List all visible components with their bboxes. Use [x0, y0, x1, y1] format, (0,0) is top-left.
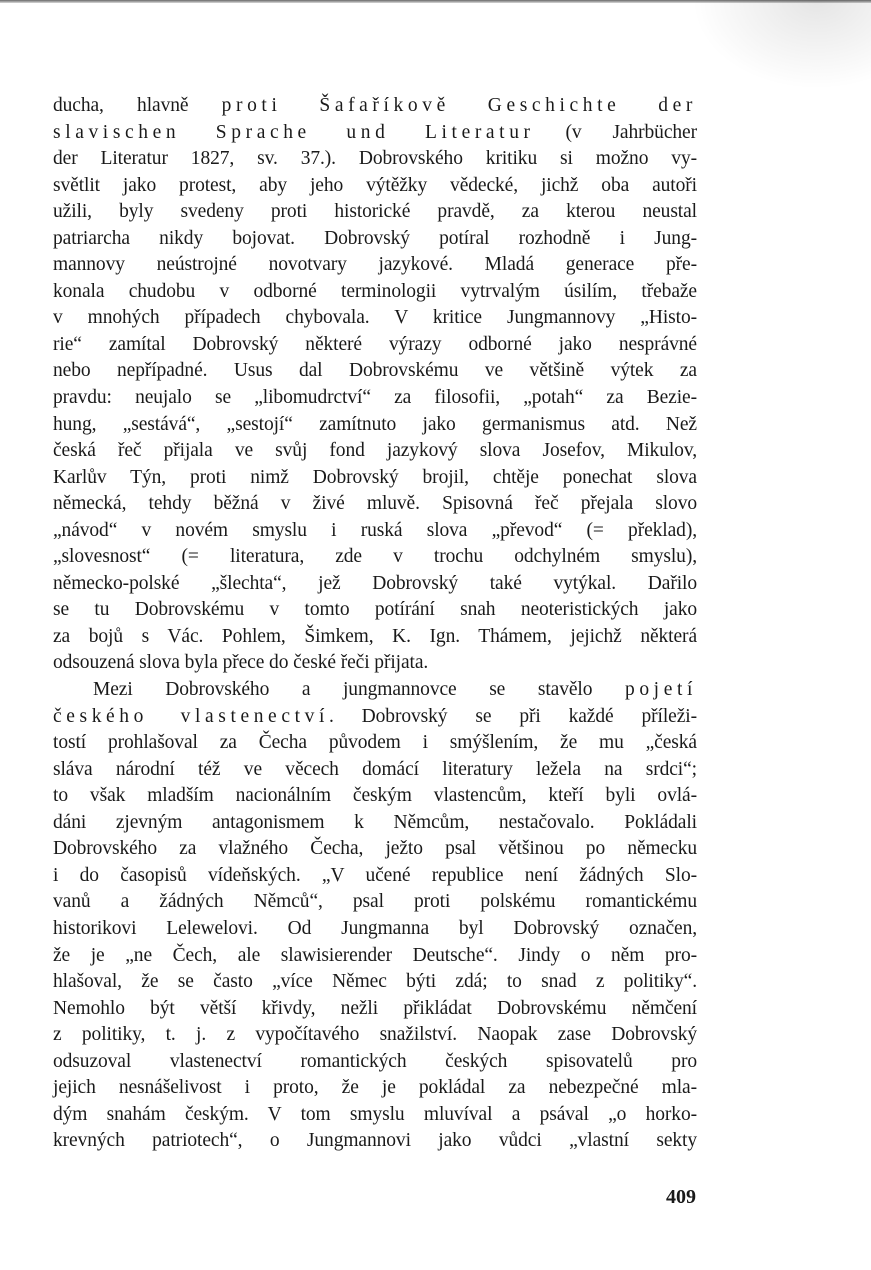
text-line: to však mladším nacionálním českým vlast… [53, 783, 697, 810]
text-run: jejich nesnášelivost i proto, že je pokl… [53, 1077, 697, 1098]
text-run: v mnohých případech chybovala. V kritice… [53, 307, 697, 328]
text-line: světlit jako protest, aby jeho výtěžky v… [53, 173, 697, 200]
text-run: konala chudobu v odborné terminologii vy… [53, 281, 697, 302]
text-run: Mezi Dobrovského a jungmannovce se stavě… [93, 679, 625, 700]
text-line: hlašoval, že se často „více Němec býti z… [53, 969, 697, 996]
spaced-emphasis: pojetí [625, 679, 697, 700]
text-run: německá, tehdy běžná v živé mluvě. Spiso… [53, 493, 697, 514]
text-run: rie“ zamítal Dobrovský některé výrazy od… [53, 334, 697, 355]
text-run: . Dobrovský se při každé příleži- [329, 706, 697, 727]
text-run: sláva národní též ve věcech domácí liter… [53, 759, 697, 780]
text-line: odsuzoval vlastenectví romantických česk… [53, 1049, 697, 1076]
text-run: „slovesnost“ (= literatura, zde v trochu… [53, 546, 697, 567]
scan-shadow [691, 0, 871, 90]
text-line: historikovi Lelewelovi. Od Jungmanna byl… [53, 916, 697, 943]
body-text: ducha, hlavně proti Šafaříkově Geschicht… [53, 93, 697, 1155]
text-run: ducha, hlavně [53, 95, 222, 116]
text-run: za bojů s Vác. Pohlem, Šimkem, K. Ign. T… [53, 626, 697, 647]
text-run: i do časopisů vídeňských. „V učené repub… [53, 865, 697, 886]
text-line: německo-polské „šlechta“, jež Dobrovský … [53, 571, 697, 598]
text-line: česká řeč přijala ve svůj fond jazykový … [53, 438, 697, 465]
text-run: odsouzená slova byla přece do české řeči… [53, 652, 428, 673]
text-line: krevných patriotech“, o Jungmannovi jako… [53, 1128, 697, 1155]
text-line: konala chudobu v odborné terminologii vy… [53, 279, 697, 306]
text-run: že je „ne Čech, ale slawisierender Deuts… [53, 945, 697, 966]
text-run: tostí prohlašoval za Čecha původem i smý… [53, 732, 697, 753]
spaced-emphasis: českého vlastenectví [53, 706, 329, 727]
text-line: odsouzená slova byla přece do české řeči… [53, 650, 697, 677]
text-line: slavischen Sprache und Literatur (v Jahr… [53, 120, 697, 147]
text-line: dým snahám českým. V tom smyslu mluvíval… [53, 1102, 697, 1129]
text-line: se tu Dobrovskému v tomto potírání snah … [53, 597, 697, 624]
text-run: dáni zjevným antagonismem k Němcům, nest… [53, 812, 697, 833]
page-number: 409 [660, 1186, 696, 1209]
text-run: hung, „sestává“, „sestojí“ zamítnuto jak… [53, 414, 697, 435]
text-run: mannovy neústrojné novotvary jazykové. M… [53, 254, 697, 275]
text-line: českého vlastenectví. Dobrovský se při k… [53, 704, 697, 731]
text-run: užili, byly svedeny proti historické pra… [53, 201, 697, 222]
text-run: odsuzoval vlastenectví romantických česk… [53, 1051, 697, 1072]
text-line: dáni zjevným antagonismem k Němcům, nest… [53, 810, 697, 837]
text-line: jejich nesnášelivost i proto, že je pokl… [53, 1075, 697, 1102]
text-line: vanů a žádných Němců“, psal proti polské… [53, 889, 697, 916]
text-run: „návod“ v novém smyslu i ruská slova „př… [53, 520, 697, 541]
text-run: světlit jako protest, aby jeho výtěžky v… [53, 175, 697, 196]
text-line: sláva národní též ve věcech domácí liter… [53, 757, 697, 784]
text-run: der Literatur 1827, sv. 37.). Dobrovskéh… [53, 148, 697, 169]
text-line: tostí prohlašoval za Čecha původem i smý… [53, 730, 697, 757]
text-run: Nemohlo být větší křivdy, nežli přikláda… [53, 998, 697, 1019]
text-run: nebo nepřípadné. Usus dal Dobrovskému ve… [53, 360, 697, 381]
text-line: mannovy neústrojné novotvary jazykové. M… [53, 252, 697, 279]
text-line: z politiky, t. j. z vypočítavého snažils… [53, 1022, 697, 1049]
text-line: německá, tehdy běžná v živé mluvě. Spiso… [53, 491, 697, 518]
text-line: der Literatur 1827, sv. 37.). Dobrovskéh… [53, 146, 697, 173]
text-line: užili, byly svedeny proti historické pra… [53, 199, 697, 226]
text-line: rie“ zamítal Dobrovský některé výrazy od… [53, 332, 697, 359]
text-run: patriarcha nikdy bojovat. Dobrovský potí… [53, 228, 697, 249]
text-run: dým snahám českým. V tom smyslu mluvíval… [53, 1104, 697, 1125]
text-run: (v Jahrbücher [535, 122, 697, 143]
spaced-emphasis: slavischen Sprache und Literatur [53, 122, 535, 143]
text-line: nebo nepřípadné. Usus dal Dobrovskému ve… [53, 358, 697, 385]
text-line: Karlův Týn, proti nimž Dobrovský brojil,… [53, 465, 697, 492]
text-run: Karlův Týn, proti nimž Dobrovský brojil,… [53, 467, 697, 488]
text-line: Nemohlo být větší křivdy, nežli přikláda… [53, 996, 697, 1023]
text-line: patriarcha nikdy bojovat. Dobrovský potí… [53, 226, 697, 253]
text-line: v mnohých případech chybovala. V kritice… [53, 305, 697, 332]
text-line: za bojů s Vác. Pohlem, Šimkem, K. Ign. T… [53, 624, 697, 651]
text-run: to však mladším nacionálním českým vlast… [53, 785, 697, 806]
text-run: hlašoval, že se často „více Němec býti z… [53, 971, 697, 992]
text-line: i do časopisů vídeňských. „V učené repub… [53, 863, 697, 890]
text-line: ducha, hlavně proti Šafaříkově Geschicht… [53, 93, 697, 120]
text-run: německo-polské „šlechta“, jež Dobrovský … [53, 573, 697, 594]
text-line: „návod“ v novém smyslu i ruská slova „př… [53, 518, 697, 545]
text-line: že je „ne Čech, ale slawisierender Deuts… [53, 943, 697, 970]
text-run: historikovi Lelewelovi. Od Jungmanna byl… [53, 918, 697, 939]
spaced-emphasis: proti Šafaříkově Geschichte der [222, 95, 697, 116]
text-line: Mezi Dobrovského a jungmannovce se stavě… [53, 677, 697, 704]
text-run: česká řeč přijala ve svůj fond jazykový … [53, 440, 697, 461]
scan-top-edge [0, 0, 871, 3]
text-run: se tu Dobrovskému v tomto potírání snah … [53, 599, 697, 620]
text-run: z politiky, t. j. z vypočítavého snažils… [53, 1024, 697, 1045]
text-line: hung, „sestává“, „sestojí“ zamítnuto jak… [53, 412, 697, 439]
text-line: „slovesnost“ (= literatura, zde v trochu… [53, 544, 697, 571]
text-run: krevných patriotech“, o Jungmannovi jako… [53, 1130, 697, 1151]
text-line: Dobrovského za vlažného Čecha, ježto psa… [53, 836, 697, 863]
text-run: vanů a žádných Němců“, psal proti polské… [53, 891, 697, 912]
text-run: Dobrovského za vlažného Čecha, ježto psa… [53, 838, 697, 859]
text-run: pravdu: neujalo se „libomudrctví“ za fil… [53, 387, 697, 408]
text-line: pravdu: neujalo se „libomudrctví“ za fil… [53, 385, 697, 412]
